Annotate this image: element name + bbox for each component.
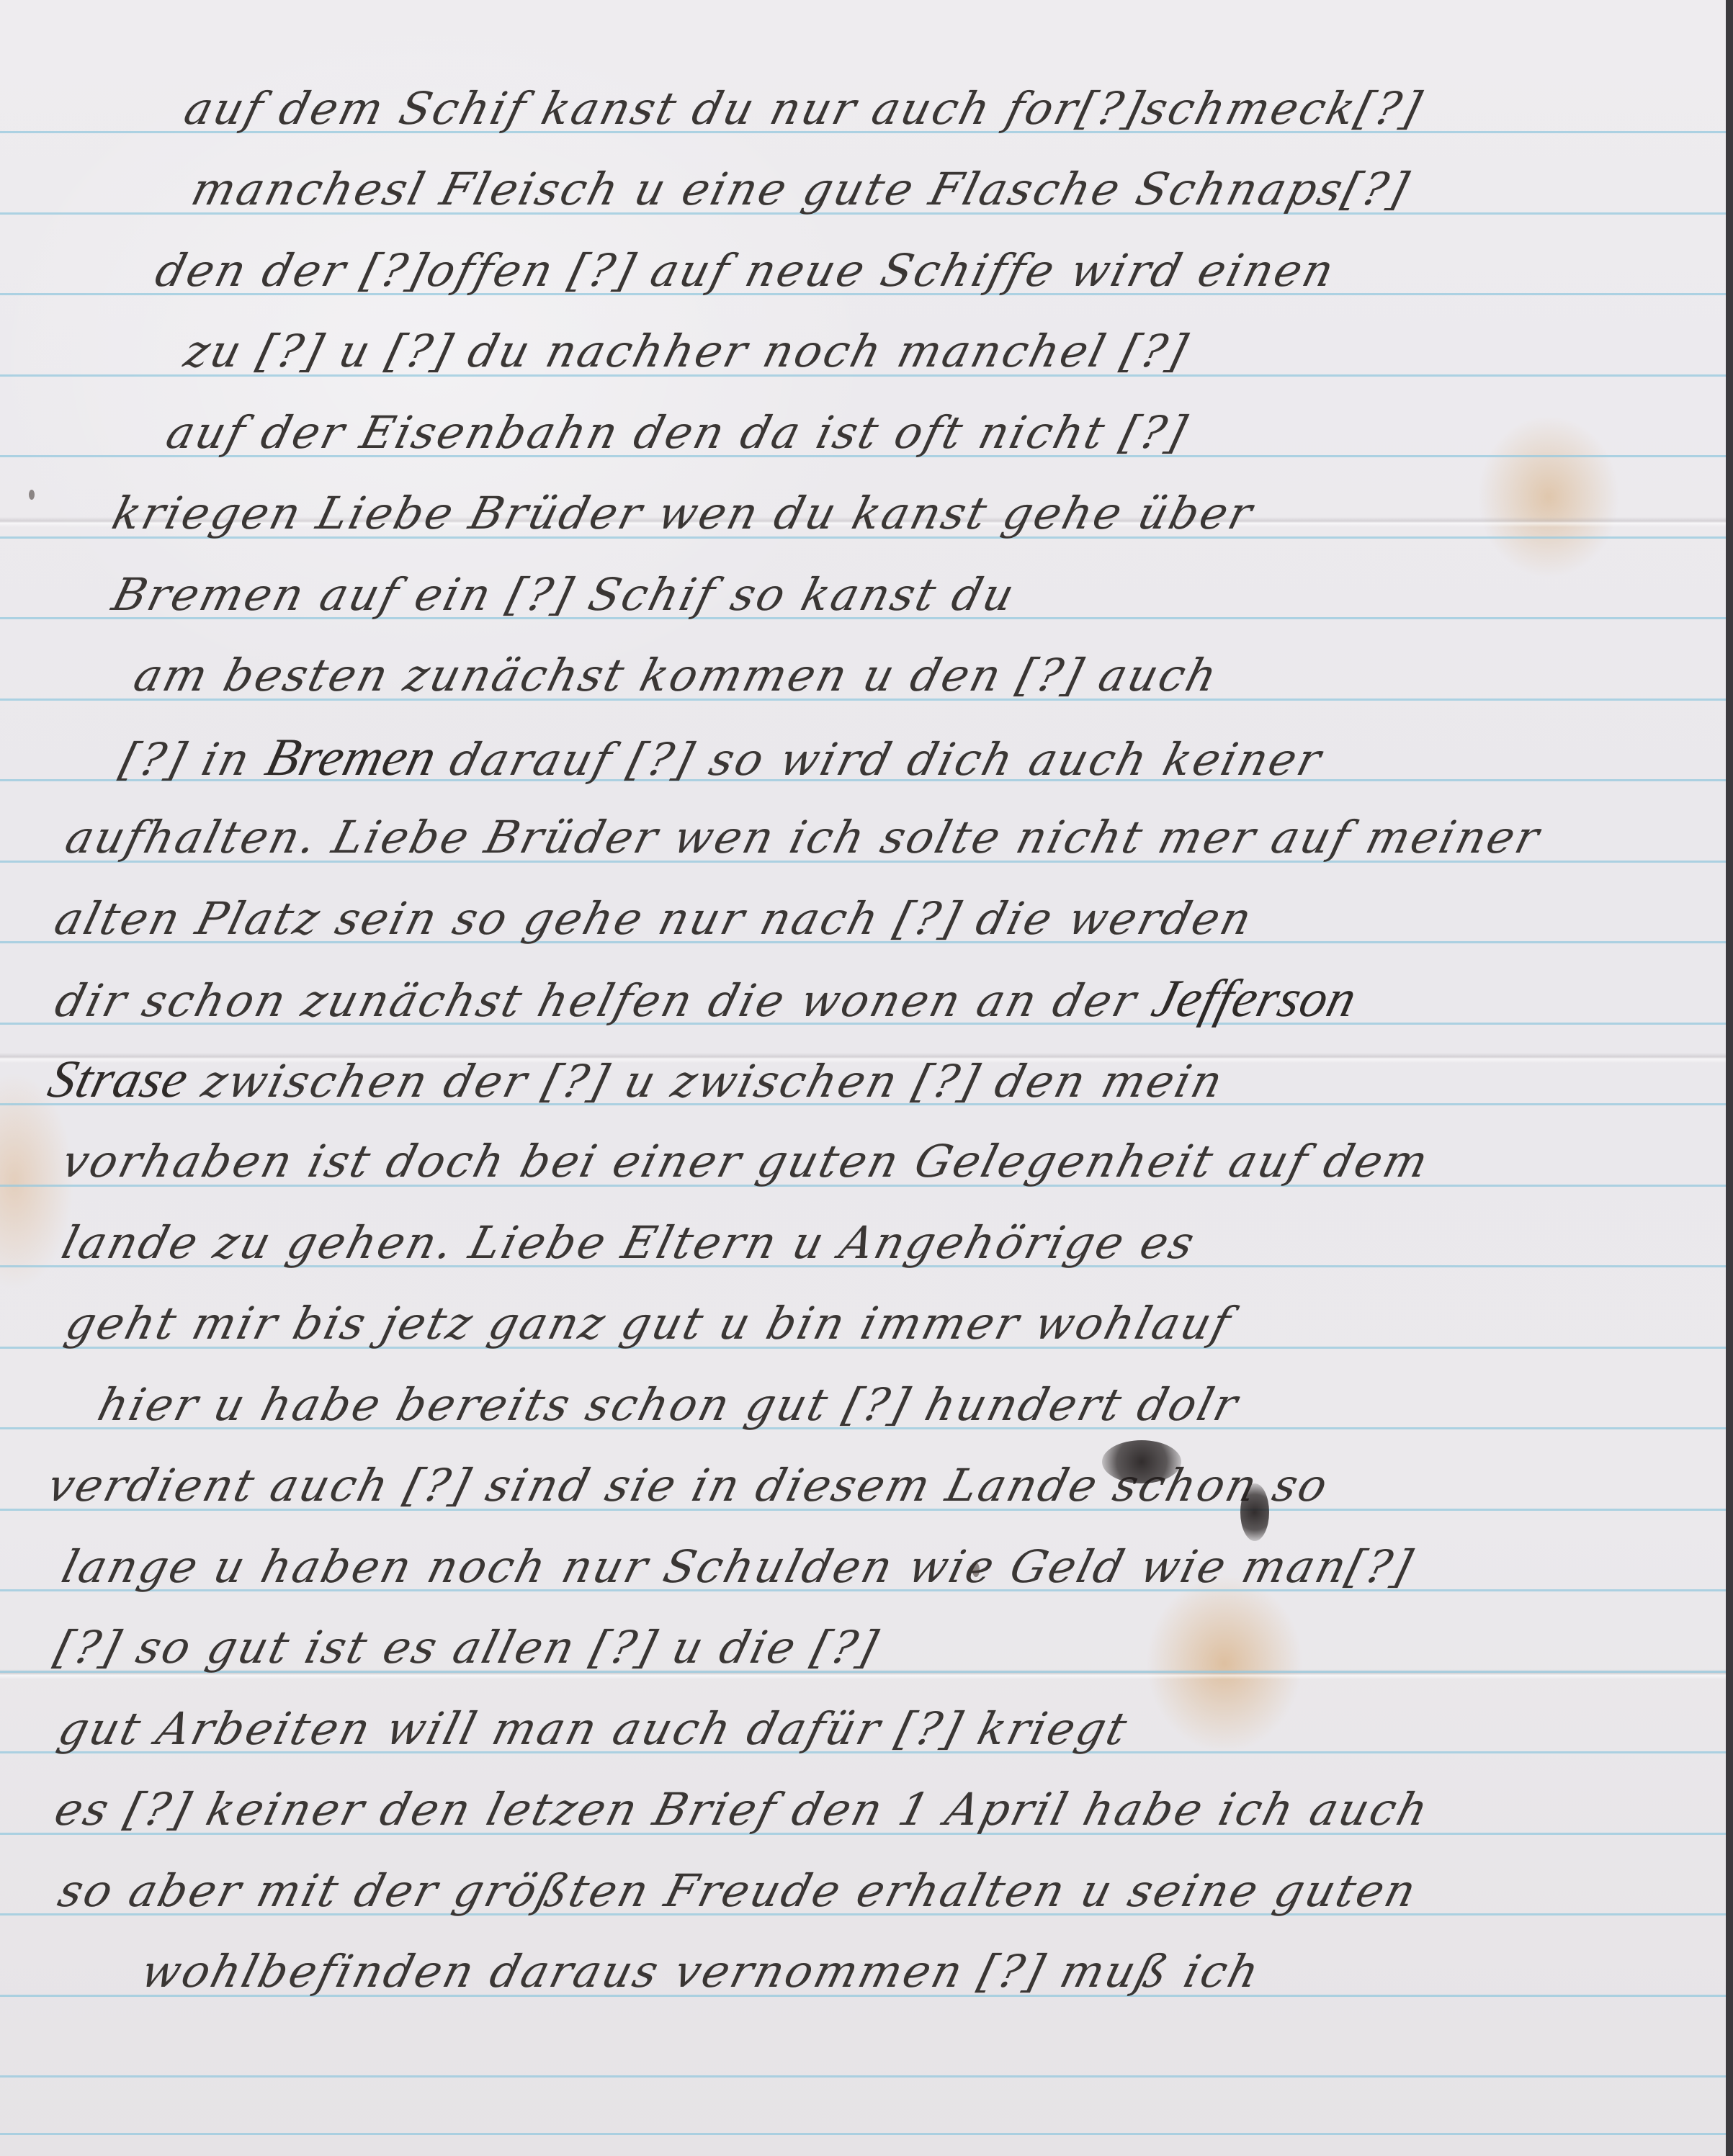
text-line: aufhalten. Liebe Brüder wen ich solte ni… [61,815,1545,860]
text-line: vorhaben ist doch bei einer guten Gelege… [58,1139,1434,1184]
text-line: alten Platz sein so gehe nur nach [?] di… [50,897,1258,941]
text-line: Bremen auf ein [?] Schif so kanst du [108,572,1021,617]
line-text: auf dem Schif kanst du nur auch for[?]sc… [179,82,1428,135]
text-line: so aber mit der größten Freude erhalten … [54,1869,1422,1913]
text-line: den der [?]offen [?] auf neue Schiffe wi… [151,248,1340,293]
ink-blot [1102,1440,1181,1483]
line-text: lange u haben noch nur Schulden wie Geld… [57,1540,1420,1593]
rule-line [0,2133,1726,2135]
line-text: alten Platz sein so gehe nur nach [?] di… [50,892,1259,945]
line-text: wohlbefinden daraus vernommen [?] muß ic… [136,1945,1266,1998]
ink-speck [972,1563,980,1577]
line-text: lande zu gehen. Liebe Eltern u Angehörig… [57,1216,1201,1269]
text-line: [?] so gut ist es allen [?] u die [?] [50,1625,884,1670]
line-text: hier u habe bereits schon gut [?] hunder… [93,1378,1245,1431]
text-line: wohlbefinden daraus vernommen [?] muß ic… [137,1949,1266,1994]
text-line: es [?] keiner den letzen Brief den 1 Apr… [50,1787,1434,1832]
word-strase: Strase [42,1050,194,1109]
text-line: gut Arbeiten will man auch dafür [?] kri… [54,1707,1133,1751]
text-line: auf dem Schif kanst du nur auch for[?]sc… [180,86,1428,131]
text-line: am besten zunächst kommen u den [?] auch [130,653,1223,698]
text-line: lande zu gehen. Liebe Eltern u Angehörig… [58,1221,1201,1265]
scan-edge [1726,0,1733,2156]
text-line: kriegen Liebe Brüder wen du kanst gehe ü… [108,491,1258,536]
line-text: aufhalten. Liebe Brüder wen ich solte ni… [61,811,1546,863]
text-line: geht mir bis jetz ganz gut u bin immer w… [61,1301,1237,1346]
line-text: Bremen auf ein [?] Schif so kanst du [107,568,1021,621]
text-line: Strase zwischen der [?] u zwischen [?] d… [43,1053,1230,1106]
line-text: am besten zunächst kommen u den [?] auch [129,649,1224,701]
text-line: manchesl Fleisch u eine gute Flasche Sch… [187,167,1415,212]
line-text: manchesl Fleisch u eine gute Flasche Sch… [187,163,1415,215]
text-line: zu [?] u [?] du nachher noch manchel [?] [180,329,1194,374]
line-text: kriegen Liebe Brüder wen du kanst gehe ü… [107,487,1260,539]
ink-speck [29,490,35,500]
line-text: zu [?] u [?] du nachher noch manchel [?] [179,325,1194,377]
line-text: gut Arbeiten will man auch dafür [?] kri… [53,1702,1134,1755]
word-bremen: Bremen [260,728,443,787]
line-text: vorhaben ist doch bei einer guten Gelege… [57,1135,1436,1187]
line-text: dir schon zunächst helfen die wonen an d… [50,974,1144,1027]
letter-page: auf dem Schif kanst du nur auch for[?]sc… [0,0,1733,2156]
line-text: [?] so gut ist es allen [?] u die [?] [50,1621,885,1674]
line-text: zwischen der [?] u zwischen [?] den mein [197,1055,1230,1108]
text-line: hier u habe bereits schon gut [?] hunder… [94,1383,1244,1427]
line-text: geht mir bis jetz ganz gut u bin immer w… [61,1297,1238,1349]
ink-blot [1240,1483,1269,1541]
line-text: den der [?]offen [?] auf neue Schiffe wi… [151,244,1341,297]
text-line: [?] in Bremen darauf [?] so wird dich au… [115,731,1329,784]
text-line: lange u haben noch nur Schulden wie Geld… [58,1545,1418,1589]
rule-line [0,2075,1726,2078]
line-text: darauf [?] so wird dich auch keiner [444,733,1328,786]
text-line: dir schon zunächst helfen die wonen an d… [50,972,1362,1025]
line-text: es [?] keiner den letzen Brief den 1 Apr… [50,1783,1436,1836]
line-text: auf der Eisenbahn den da ist oft nicht [… [161,406,1194,459]
text-line: auf der Eisenbahn den da ist oft nicht [… [162,410,1193,455]
line-text: [?] in [115,733,257,786]
line-text: so aber mit der größten Freude erhalten … [53,1864,1423,1917]
word-jefferson: Jefferson [1147,969,1363,1028]
